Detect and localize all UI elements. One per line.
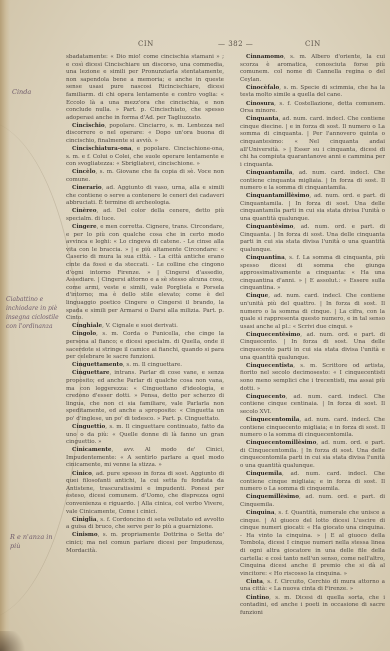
entry-headword: Cinquecentista: [246, 363, 293, 369]
page-number: — 382 —: [218, 40, 253, 48]
dictionary-entry: Cincischio, popolare. Cinciarro, s. m. L…: [66, 123, 224, 146]
dictionary-entry: Cinnamomo, s. m. Albero d'oriente, la cu…: [240, 54, 385, 84]
entry-definition: sbadatamente: « Dio mio! come cincischia…: [66, 54, 224, 121]
entry-headword: Cinquecentomillèsimo: [246, 440, 316, 446]
entry-headword: Cinquecentèsimo: [246, 332, 300, 338]
entry-definition: intrans. Parlar di cose vane, e senza pr…: [66, 370, 224, 422]
entry-headword: Cinquantamillèsimo: [246, 193, 309, 199]
entry-headword: Cinquecentomila: [246, 417, 299, 423]
entry-headword: Cinismo: [72, 532, 98, 538]
entry-definition: ad. pure spesso in forza di sost. Aggiun…: [66, 471, 224, 515]
entry-headword: Cinquecento: [246, 394, 286, 400]
dictionary-entry: Cinocèfalo, s. m. Specie di scimmia, che…: [240, 85, 385, 100]
dictionary-entry: Cinquecentista, s. m. Scrittore od artis…: [240, 363, 385, 393]
entry-headword: Cinèreo: [72, 208, 96, 214]
dictionary-entry: Cinquecentèsimo, ad. num. ord. e part. d…: [240, 332, 385, 362]
entry-definition: s. m. Il cinguettare.: [126, 362, 182, 368]
dictionary-entry: Cinerario, ad. Aggiunto di vaso, urna, a…: [66, 185, 224, 208]
dictionary-entry: Cinico, ad. pure spesso in forza di sost…: [66, 471, 224, 517]
entry-headword: Cincèlo: [72, 169, 95, 175]
dictionary-entry: Cinquemila, ad. num. card. indecl. Che c…: [240, 471, 385, 494]
entry-definition: e men corretta. Cignere, trans. Circonda…: [66, 224, 224, 321]
entry-headword: Cinosura: [246, 101, 274, 107]
entry-headword: Cinicamente: [72, 447, 112, 453]
entry-definition: ad. num. card. indecl. Che contiene cinq…: [240, 116, 385, 168]
entry-headword: Cinguettare: [72, 370, 109, 376]
corner-shadow: [0, 631, 30, 651]
entry-headword: Cincischio: [72, 123, 105, 129]
entry-headword: Cinocèfalo: [246, 85, 279, 91]
margin-annotation: Cinda: [12, 88, 52, 97]
entry-definition: s. f. Quantità, numerale che unisce a ci…: [240, 510, 385, 577]
dictionary-entry: Cinguettamento, s. m. Il cinguettare.: [66, 362, 224, 370]
margin-annotation: Ciabattino e inchiodare in piè insegna c…: [6, 295, 64, 331]
dictionary-entry: Cingolo, s. m. Corda o Funicella, che ci…: [66, 331, 224, 361]
entry-headword: Cinque: [246, 293, 268, 299]
entry-headword: Cinquina: [246, 510, 274, 516]
dictionary-entry: Ciniglia, s. f. Cordoncino di seta vellu…: [66, 517, 224, 532]
margin-annotation: R e n'anza in più: [10, 533, 60, 551]
entry-headword: Cinquanta: [246, 116, 279, 122]
dictionary-entry: Cinèreo, ad. Del color della cenere, det…: [66, 208, 224, 223]
dictionary-entry: Cincèlo, s. m. Giovane che fa copia di s…: [66, 169, 224, 184]
running-header: CIN — 382 — CIN: [60, 40, 385, 52]
right-column: Cinnamomo, s. m. Albero d'oriente, la cu…: [240, 54, 385, 618]
dictionary-entry: Cinghiale, V. Cignale e suoi derivati.: [66, 323, 224, 331]
entry-definition: V. Cignale e suoi derivati.: [106, 323, 178, 329]
guide-word-right: CIN: [305, 40, 321, 48]
dictionary-entry: Cinquantèsimo, ad. num. ord. e part. di …: [240, 224, 385, 254]
entry-headword: Cinta: [246, 579, 263, 585]
entry-headword: Cingere: [72, 224, 97, 230]
dictionary-entry: Cinquecento, ad. num. card. indecl. Che …: [240, 394, 385, 417]
entry-headword: Cinquantamila: [246, 170, 292, 176]
dictionary-entry: Cinquemillèsimo, ad. num. ord. e part. d…: [240, 494, 385, 509]
guide-word-left: CIN: [138, 40, 154, 48]
dictionary-entry: Cinicamente, avv. Al modo de' Cinici, Im…: [66, 447, 224, 470]
dictionary-entry: Cinta, s. f. Circuito, Cerchio di mura a…: [240, 579, 385, 594]
entry-headword: Cinico: [72, 471, 92, 477]
dictionary-entry: Cinismo, s. m. propriamente Dottrina o S…: [66, 532, 224, 555]
entry-headword: Cinquemillèsimo: [246, 494, 299, 500]
entry-headword: Cingolo: [72, 331, 96, 337]
left-column: sbadatamente: « Dio mio! come cincischia…: [66, 54, 224, 556]
entry-headword: Ciniglia: [72, 517, 97, 523]
entry-headword: Cinquantina: [246, 255, 285, 261]
dictionary-entry: Cinquantina, s. f. La somma di cinquanta…: [240, 255, 385, 293]
entry-headword: Cincischiatura-ona: [72, 146, 132, 152]
dictionary-entry: sbadatamente: « Dio mio! come cincischia…: [66, 54, 224, 122]
entry-headword: Cinnamomo: [246, 54, 284, 60]
dictionary-page: CIN — 382 — CIN Cinda Ciabattino e inchi…: [0, 0, 390, 651]
dictionary-entry: Cinquina, s. f. Quantità, numerale che u…: [240, 510, 385, 578]
dictionary-entry: Cinguettio, s. m. Il cinguettare continu…: [66, 424, 224, 447]
entry-headword: Cinguettio: [72, 424, 105, 430]
entry-headword: Cinerario: [72, 185, 102, 191]
entry-headword: Cintino: [246, 595, 269, 601]
entry-headword: Cinguettamento: [72, 362, 123, 368]
dictionary-entry: Cingere, e men corretta. Cignere, trans.…: [66, 224, 224, 323]
dictionary-entry: Cincischiatura-ona, e popolare. Cincisch…: [66, 146, 224, 169]
dictionary-entry: Cinquantamila, ad. num. card. indecl. Ch…: [240, 170, 385, 193]
dictionary-entry: Cinquanta, ad. num. card. indecl. Che co…: [240, 116, 385, 169]
dictionary-entry: Cinosura, s. f. Costellazione, detta com…: [240, 101, 385, 116]
entry-headword: Cinquemila: [246, 471, 282, 477]
dictionary-entry: Cinquantamillèsimo, ad. num. ord. e part…: [240, 193, 385, 223]
dictionary-entry: Cinquecentomillèsimo, ad. num. ord. e pa…: [240, 440, 385, 470]
entry-headword: Cinghiale: [72, 323, 102, 329]
entry-headword: Cinquantèsimo: [246, 224, 293, 230]
dictionary-entry: Cinquecentomila, ad. num. card. indecl. …: [240, 417, 385, 440]
dictionary-entry: Cinque, ad. num. card. indecl. Che conti…: [240, 293, 385, 331]
dictionary-entry: Cinguettare, intrans. Parlar di cose van…: [66, 370, 224, 423]
dictionary-entry: Cintino, s. m. Dicesi di quella sorta, c…: [240, 595, 385, 618]
